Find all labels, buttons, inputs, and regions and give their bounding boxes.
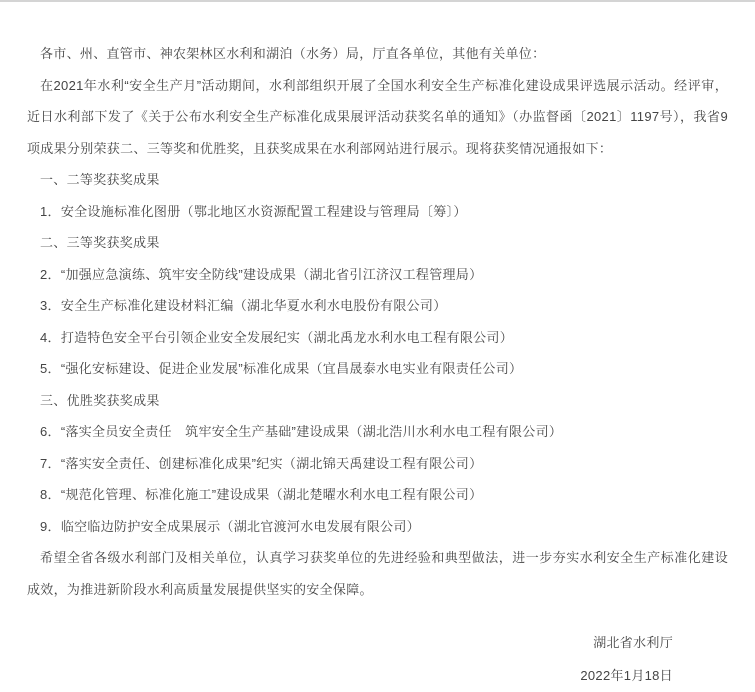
award-item-1: 1．安全设施标准化图册（鄂北地区水资源配置工程建设与管理局〔筹〕） [27, 196, 728, 228]
award-item-2: 2．“加强应急演练、筑牢安全防线”建设成果（湖北省引江济汉工程管理局） [27, 259, 728, 291]
award-item-5: 5．“强化安标建设、促进企业发展”标准化成果（宜昌晟泰水电实业有限责任公司） [27, 353, 728, 385]
award-item-8: 8．“规范化管理、标准化施工”建设成果（湖北楚曜水利水电工程有限公司） [27, 479, 728, 511]
award-item-6: 6．“落实全员安全责任 筑牢安全生产基础”建设成果（湖北浩川水利水电工程有限公司… [27, 416, 728, 448]
section-heading-excellence-prize: 三、优胜奖获奖成果 [27, 385, 728, 417]
section-heading-third-prize: 二、三等奖获奖成果 [27, 227, 728, 259]
section-heading-second-prize: 一、二等奖获奖成果 [27, 164, 728, 196]
notice-body: 各市、州、直管市、神农架林区水利和湖泊（水务）局，厅直各单位，其他有关单位： 在… [0, 2, 755, 692]
award-item-7: 7．“落实安全责任、创建标准化成果”纪实（湖北锦天禹建设工程有限公司） [27, 448, 728, 480]
document-page: 各市、州、直管市、神农架林区水利和湖泊（水务）局，厅直各单位，其他有关单位： 在… [0, 0, 755, 692]
salutation-line: 各市、州、直管市、神农架林区水利和湖泊（水务）局，厅直各单位，其他有关单位： [27, 38, 728, 70]
award-item-3: 3．安全生产标准化建设材料汇编（湖北华夏水利水电股份有限公司） [27, 290, 728, 322]
signature-organization: 湖北省水利厅 [27, 626, 673, 659]
closing-paragraph: 希望全省各级水利部门及相关单位，认真学习获奖单位的先进经验和典型做法，进一步夯实… [27, 542, 728, 605]
award-item-4: 4．打造特色安全平台引领企业安全发展纪实（湖北禹龙水利水电工程有限公司） [27, 322, 728, 354]
intro-paragraph: 在2021年水利“安全生产月”活动期间，水利部组织开展了全国水利安全生产标准化建… [27, 70, 728, 165]
award-item-9: 9．临空临边防护安全成果展示（湖北官渡河水电发展有限公司） [27, 511, 728, 543]
signature-date: 2022年1月18日 [27, 659, 673, 692]
signature-block: 湖北省水利厅 2022年1月18日 [27, 626, 728, 692]
